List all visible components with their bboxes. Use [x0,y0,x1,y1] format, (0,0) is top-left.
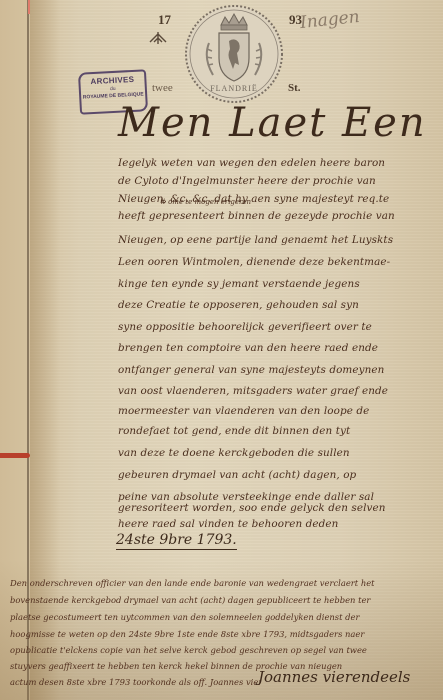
attestation-line: hoogmisse te weten op den 24ste 9bre 1st… [10,629,435,639]
body-line: brengen ten comptoire van den heere raed… [118,342,440,354]
interlinear-insertion: # ome te mogen erigeren [160,198,251,206]
flanders-seal-icon: FLANDRIË [183,3,285,105]
body-line: geresoriteert worden, soo ende gelyck de… [118,502,440,514]
body-line: Leen ooren Wintmolen, dienende deze beke… [118,256,440,268]
body-line: kinge ten eynde sy jemant verstaende jeg… [118,278,440,290]
attestation-line: actum desen 8ste xbre 1793 toorkonde als… [10,677,260,687]
body-line: heere raed sal vinden te behooren deden [118,518,440,530]
document-date: 24ste 9bre 1793. [116,532,237,550]
officer-signature: Joannes vierendeels [258,668,410,686]
body-line: van deze te doene kerckgeboden die sulle… [118,447,440,459]
attestation-line: plaetse gecostumeert ten uytcommen van d… [10,612,435,622]
document-heading: Men Laet Een [118,100,427,146]
red-ribbon-marker [0,453,30,458]
document-scan: 17 93 FLANDRIË ARCHIVES du ROYAUME DE BE… [0,0,443,700]
body-line: deze Creatie te opposeren, gehouden sal … [118,299,440,311]
body-line: syne oppositie behoorelijck geverifieert… [118,321,440,333]
attestation-line: bovenstaende kerckgebod drymael van acht… [10,595,435,605]
body-line: rondefaet tot gend, ende dit binnen den … [118,425,440,437]
year-prefix: 17 [158,12,171,28]
body-line: ontfanger general van syne majesteyts do… [118,364,440,376]
body-line: moermeester van vlaenderen van den loope… [118,405,440,417]
body-line: heeft gepresenteert binnen de gezeyde pr… [118,210,440,222]
tax-stamp-icon [148,30,168,46]
body-line: gebeuren drymael van acht (acht) dagen, … [118,469,440,481]
body-line: Nieugen, op eene partije land genaemt he… [118,234,440,246]
body-line: Iegelyk weten van wegen den edelen heere… [118,157,440,169]
svg-text:FLANDRIË: FLANDRIË [210,84,258,93]
attestation-line: Den onderschreven officier van den lande… [10,578,435,588]
body-line: van oost vlaenderen, mitsgaders water gr… [118,385,440,397]
attestation-line: opublicatie t'elckens copie van het selv… [10,645,435,655]
stamp-unit: St. [288,82,301,94]
stamp-denomination: twee [152,82,173,94]
body-line: de Cyloto d'Ingelmunster heere der proch… [118,175,440,187]
